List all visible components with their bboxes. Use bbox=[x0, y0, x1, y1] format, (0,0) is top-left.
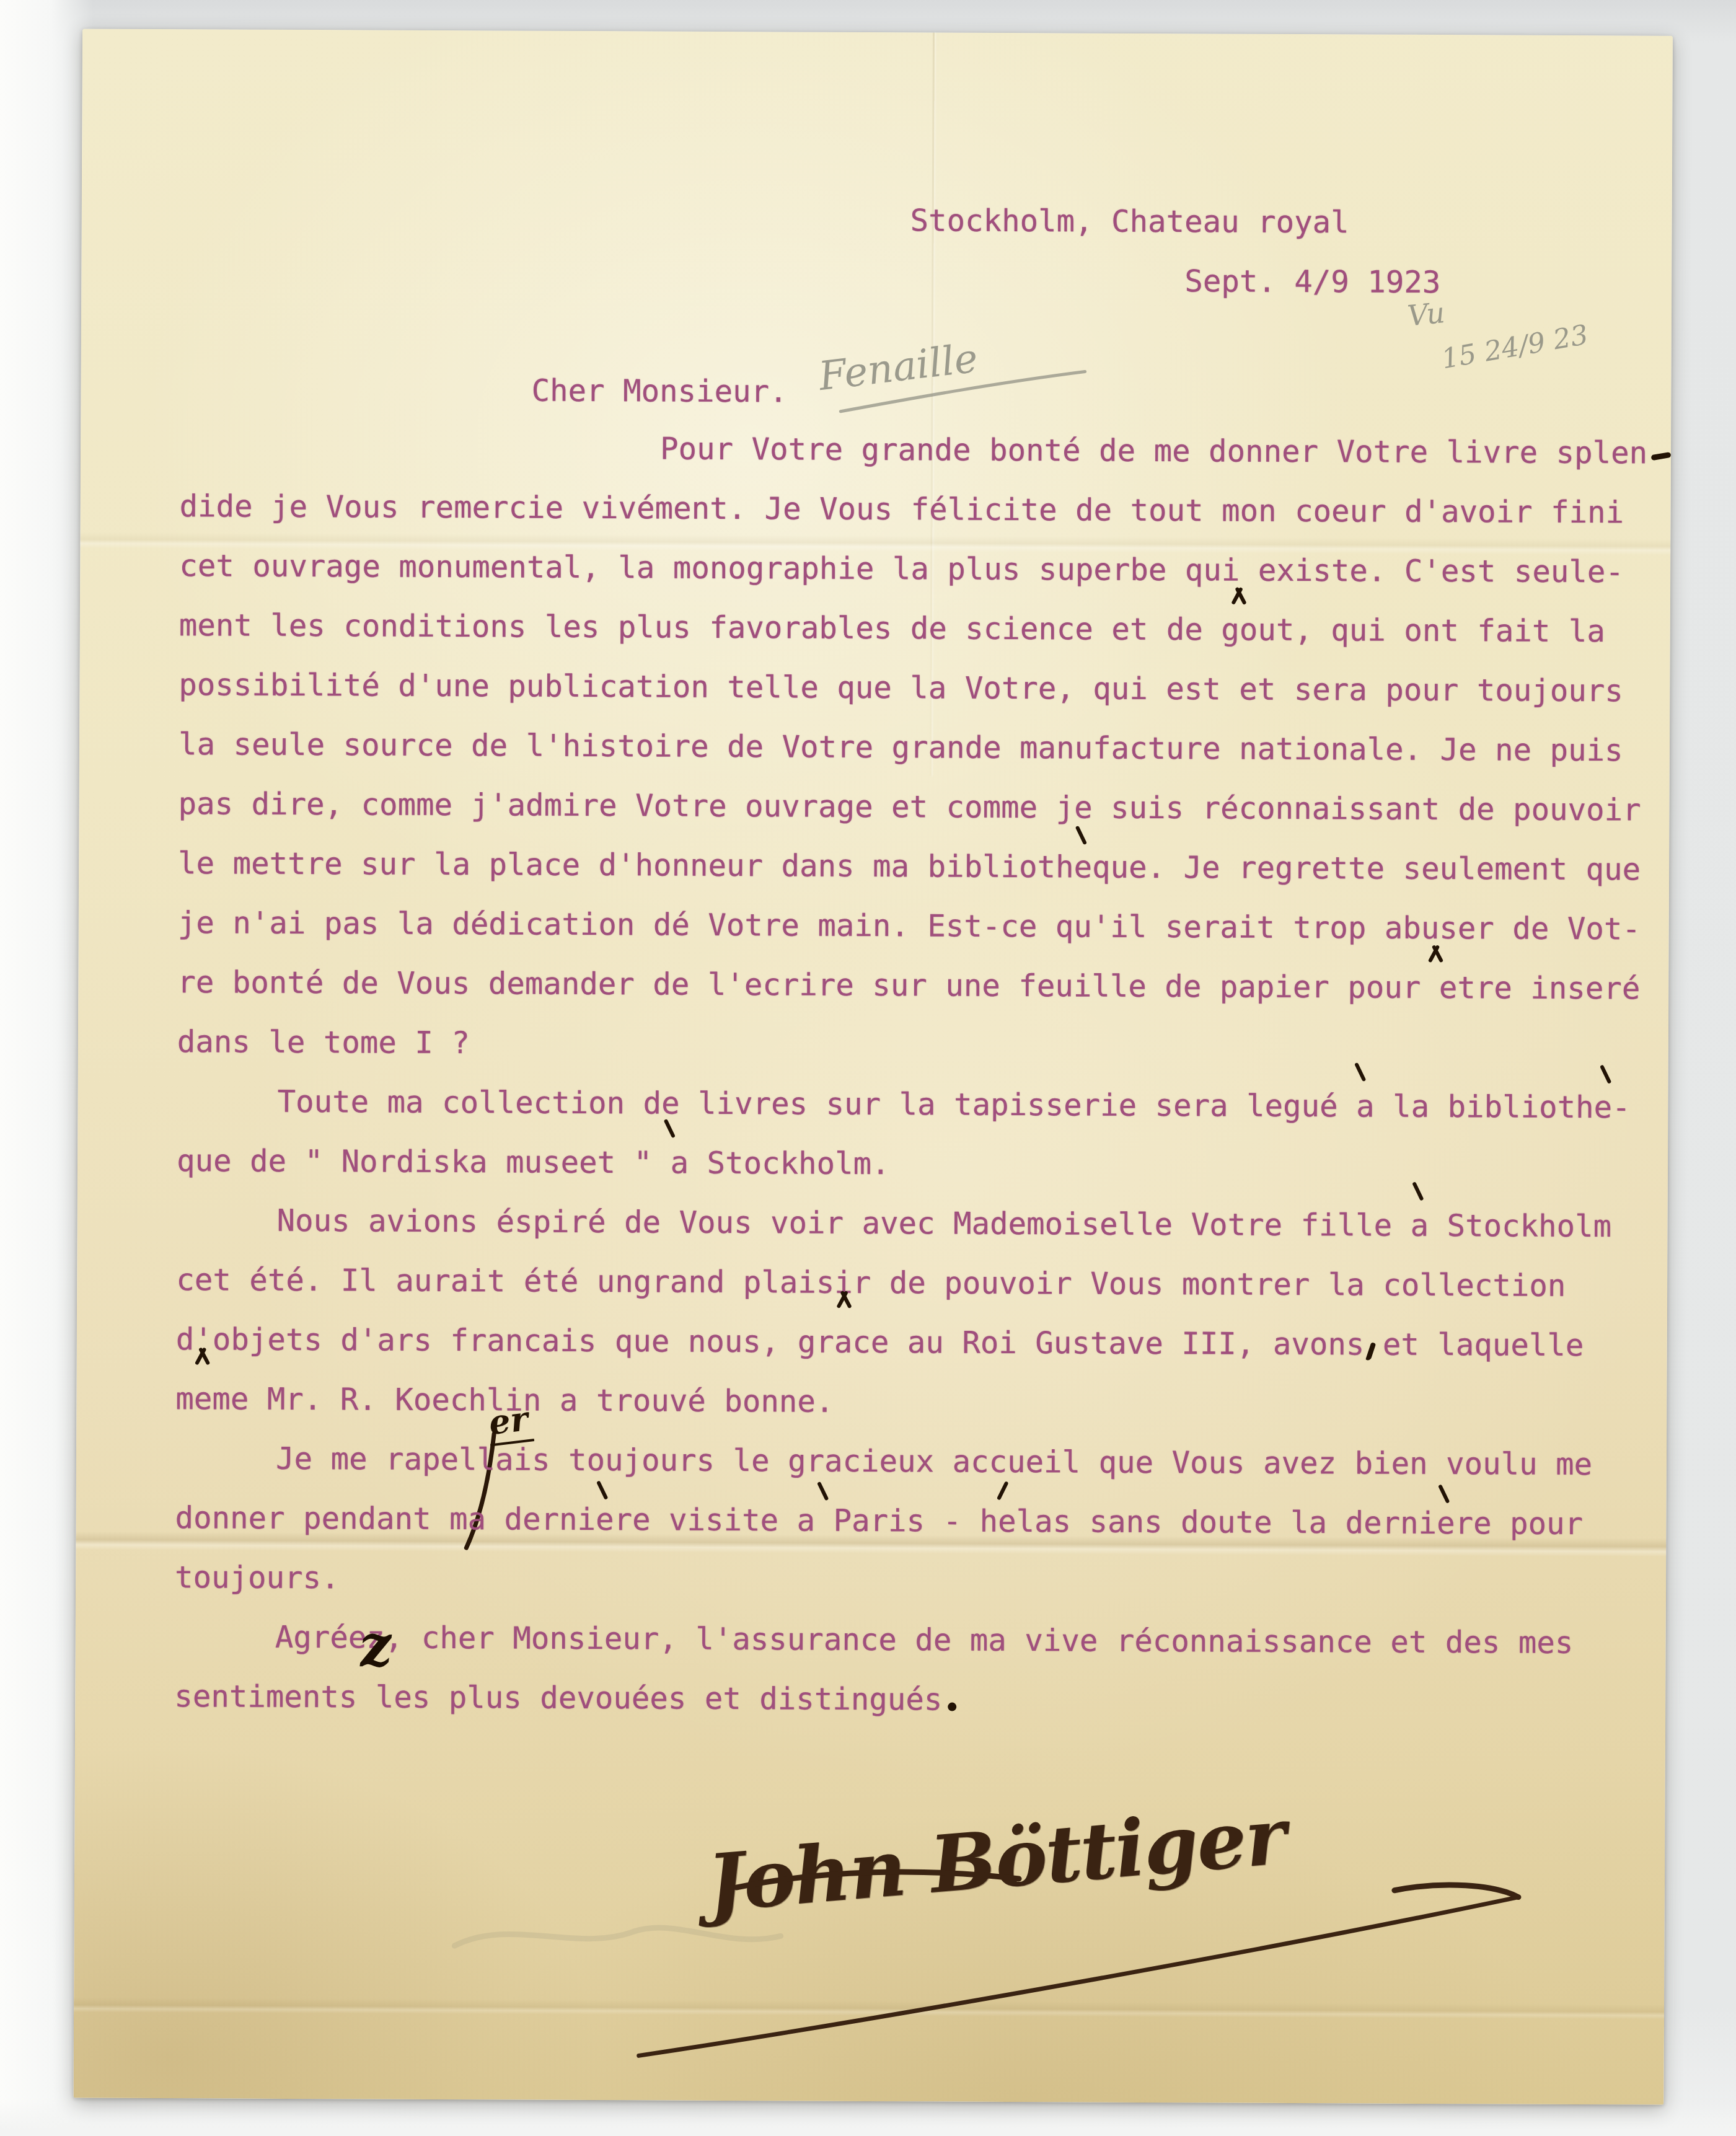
pencil-annotation: Vu bbox=[1406, 296, 1446, 333]
ink-correction: z bbox=[357, 1611, 394, 1680]
ink-accent-mark-grave bbox=[664, 1119, 676, 1138]
typed-line: Sept. 4/9 1923 bbox=[1184, 266, 1440, 298]
typed-line: cet été. Il aurait été ungrand plaisir d… bbox=[176, 1264, 1566, 1301]
typed-line: le mettre sur la place d'honneur dans ma… bbox=[178, 848, 1641, 885]
ink-accent-mark-dot bbox=[948, 1703, 956, 1711]
ink-correction: er bbox=[485, 1398, 534, 1447]
ink-accent-mark-caret bbox=[1228, 587, 1250, 603]
typed-line: re bonté de Vous demander de l'ecrire su… bbox=[177, 967, 1640, 1004]
typed-line: Toute ma collection de livres sur la tap… bbox=[277, 1087, 1630, 1123]
ink-accent-mark-caret bbox=[833, 1291, 855, 1307]
ink-accent-mark-grave bbox=[1600, 1064, 1611, 1083]
pencil-annotation: Fenaille bbox=[816, 335, 980, 400]
photo-tilt-group: John Böttiger Stockholm, Chateau royalSe… bbox=[0, 0, 1736, 2136]
typed-line: je n'ai pas la dédication dé Votre main.… bbox=[178, 907, 1641, 944]
ink-accent-mark-grave bbox=[1075, 826, 1087, 845]
typed-line: la seule source de l'histoire de Votre g… bbox=[178, 729, 1623, 766]
typed-line: dide je Vous remercie vivément. Je Vous … bbox=[180, 491, 1624, 527]
typed-line: donner pendant ma derniere visite a Pari… bbox=[175, 1503, 1583, 1539]
typed-line: Pour Votre grande bonté de me donner Vot… bbox=[660, 434, 1647, 469]
ink-accent-mark-grave bbox=[1354, 1062, 1366, 1082]
signature-dash-flourish bbox=[1395, 1885, 1518, 1897]
typed-line: Nous avions éspiré de Vous voir avec Mad… bbox=[277, 1206, 1612, 1242]
typed-line: Cher Monsieur. bbox=[531, 376, 787, 407]
pencil-annotation: 15 24/9 23 bbox=[1439, 319, 1590, 376]
typed-line: possibilité d'une publication telle que … bbox=[178, 669, 1623, 706]
typed-line: sentiments les plus devouées et distingu… bbox=[174, 1681, 942, 1715]
typed-line: cet ouvrage monumental, la monographie l… bbox=[179, 550, 1624, 587]
ink-accent-mark-grave bbox=[817, 1481, 829, 1501]
typed-line: Agréez, cher Monsieur, l'assurance de ma… bbox=[275, 1622, 1574, 1658]
ink-accent-mark-dash bbox=[1651, 452, 1672, 461]
typed-line: pas dire, comme j'admire Votre ouvrage e… bbox=[178, 788, 1641, 825]
typed-line: que de " Nordiska museet " a Stockholm. bbox=[177, 1145, 890, 1179]
ink-accent-mark-grave bbox=[1412, 1181, 1424, 1201]
typed-line: toujours. bbox=[175, 1562, 340, 1593]
faint-pencil-scribble bbox=[455, 1927, 781, 1948]
typed-line: Stockholm, Chateau royal bbox=[910, 205, 1349, 237]
signature: John Böttiger bbox=[704, 1790, 1289, 1930]
ink-accent-mark-grave bbox=[1438, 1484, 1450, 1503]
typed-line: Je me rapellais toujours le gracieux acc… bbox=[276, 1444, 1592, 1480]
ink-accent-mark-grave bbox=[596, 1480, 608, 1499]
letter-text-layer: John Böttiger Stockholm, Chateau royalSe… bbox=[0, 0, 1736, 2136]
ink-accent-mark-caret bbox=[1424, 945, 1447, 961]
ink-accent-mark-caret bbox=[192, 1347, 214, 1363]
typed-line: ment les conditions les plus favorables … bbox=[179, 610, 1605, 647]
ink-accent-mark-acute bbox=[997, 1481, 1009, 1500]
typed-line: dans le tome I ? bbox=[177, 1026, 470, 1058]
ink-flourishes-overlay bbox=[0, 0, 1736, 2136]
